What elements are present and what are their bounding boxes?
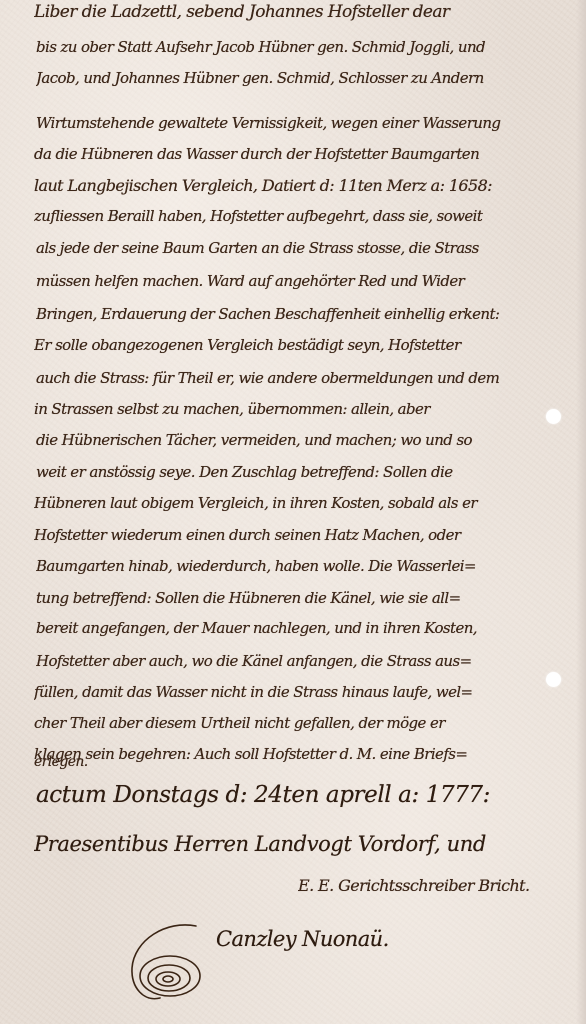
body-line: Baumgarten hinab, wiederdurch, haben wol… [36, 557, 572, 575]
punch-hole [546, 409, 561, 424]
body-line: Liber die Ladzettl, sebend Johannes Hofs… [34, 2, 572, 22]
body-line: Hübneren laut obigem Vergleich, in ihren… [34, 494, 572, 512]
body-line: Wirtumstehende gewaltete Vernissigkeit, … [36, 114, 572, 132]
body-line: tung betreffend: Sollen die Hübneren die… [36, 589, 572, 607]
page-edge [576, 0, 586, 1024]
punch-hole [546, 672, 561, 687]
body-line: Er solle obangezogenen Vergleich bestädi… [34, 336, 572, 354]
body-line: als jede der seine Baum Garten an die St… [36, 239, 572, 257]
body-line: auch die Strass: für Theil er, wie ander… [36, 369, 572, 387]
body-line: zufliessen Beraill haben, Hofstetter auf… [34, 207, 572, 225]
body-line: laut Langbejischen Vergleich, Datiert d:… [34, 176, 572, 195]
body-line: müssen helfen machen. Ward auf angehörte… [36, 272, 572, 290]
body-line: füllen, damit das Wasser nicht in die St… [34, 683, 572, 701]
signature-flourish-icon [126, 918, 210, 1004]
body-line: Bringen, Erdauerung der Sachen Beschaffe… [36, 305, 572, 323]
body-line: bereit angefangen, der Mauer nachlegen, … [36, 619, 572, 637]
body-line: cher Theil aber diesem Urtheil nicht gef… [34, 714, 572, 732]
body-line: Hofstetter wiederum einen durch seinen H… [34, 526, 572, 544]
body-line: die Hübnerischen Tächer, vermeiden, und … [36, 431, 572, 449]
chancery-signature: Canzley Nuonaü. [216, 927, 572, 951]
body-line: erlegen. [34, 754, 572, 770]
body-line: da die Hübneren das Wasser durch der Hof… [34, 145, 572, 163]
date-line: actum Donstags d: 24ten aprell a: 1777: [36, 782, 572, 808]
manuscript-page: Liber die Ladzettl, sebend Johannes Hofs… [0, 0, 586, 1024]
presence-line: Praesentibus Herren Landvogt Vordorf, un… [34, 832, 572, 856]
body-line: Jacob, und Johannes Hübner gen. Schmid, … [36, 69, 572, 87]
body-line: weit er anstössig seye. Den Zuschlag bet… [36, 463, 572, 481]
secretary-line: E. E. Gerichtsschreiber Bricht. [298, 876, 572, 895]
body-line: in Strassen selbst zu machen, übernommen… [34, 400, 572, 418]
body-line: Hofstetter aber auch, wo die Känel anfan… [36, 652, 572, 670]
body-line: bis zu ober Statt Aufsehr Jacob Hübner g… [36, 38, 572, 56]
